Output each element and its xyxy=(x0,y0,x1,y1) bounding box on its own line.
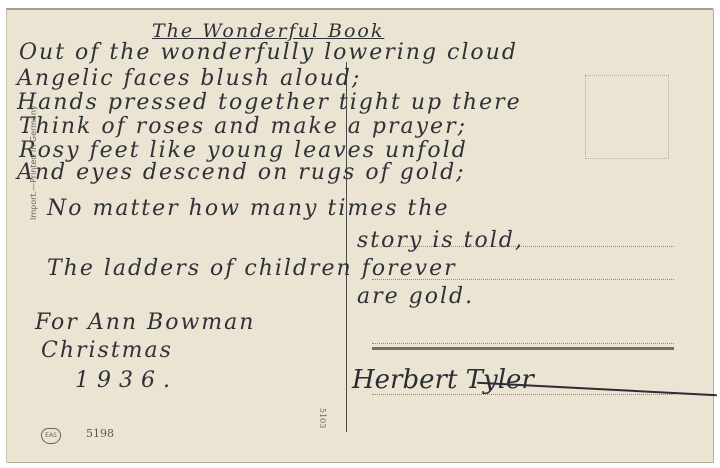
stamp-box xyxy=(585,75,669,159)
poem-title: The Wonderful Book xyxy=(152,20,384,42)
center-print-number: 5103 xyxy=(318,408,327,428)
poem-line: And eyes descend on rugs of gold; xyxy=(17,160,466,185)
poem-line: Hands pressed together tight up there xyxy=(17,90,522,115)
poem-line: The ladders of children forever xyxy=(47,256,457,281)
series-number: 5198 xyxy=(86,427,114,440)
postcard-back: The Wonderful Book Out of the wonderfull… xyxy=(6,8,713,462)
printed-in-germany-imprint: Import.—Printed in Germany xyxy=(29,105,38,220)
dedication-year: 1936. xyxy=(75,368,178,393)
address-line-3 xyxy=(372,343,674,344)
poem-line: story is told, xyxy=(357,228,524,253)
poem-line: Angelic faces blush aloud; xyxy=(17,66,361,91)
eas-publisher-logo-icon: EAS xyxy=(41,428,61,444)
address-line-solid xyxy=(372,347,674,350)
dedication-recipient: For Ann Bowman xyxy=(35,310,255,335)
poem-line: No matter how many times the xyxy=(47,196,450,221)
poem-line: Think of roses and make a prayer; xyxy=(19,114,467,139)
signature: Herbert Tyler xyxy=(352,365,534,395)
dedication-occasion: Christmas xyxy=(41,338,173,363)
poem-line: Out of the wonderfully lowering cloud xyxy=(19,40,518,65)
poem-line: are gold. xyxy=(357,284,474,309)
